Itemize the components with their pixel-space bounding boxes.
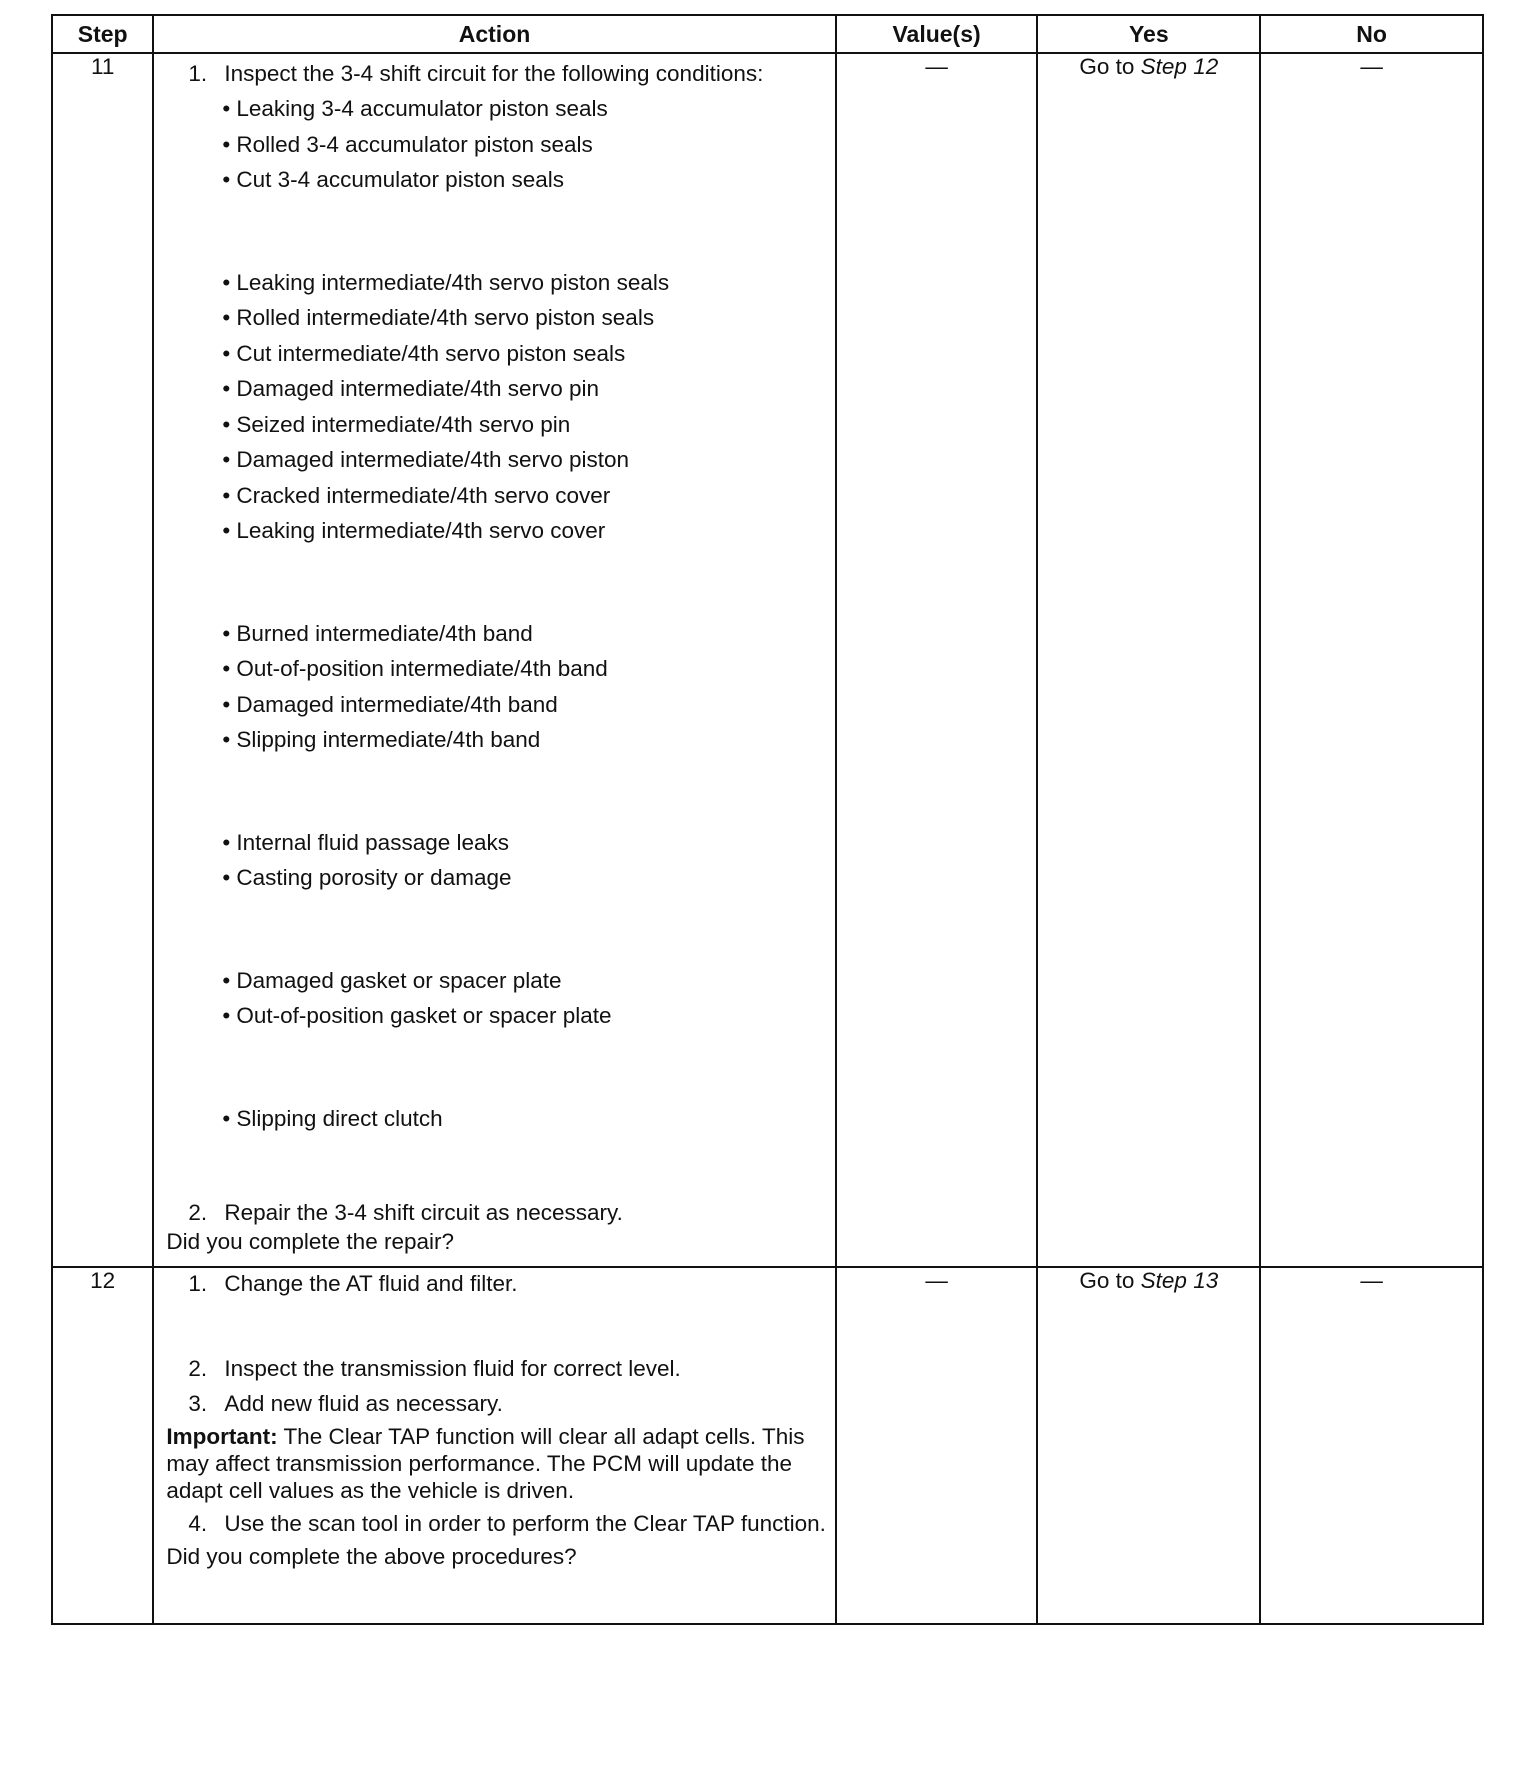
- action-item-1: 1. Inspect the 3-4 shift circuit for the…: [166, 60, 828, 87]
- list-item: Cut intermediate/4th servo piston seals: [166, 336, 828, 372]
- important-label: Important:: [166, 1424, 277, 1449]
- action-item-3: 3. Add new fluid as necessary.: [166, 1390, 828, 1417]
- no-cell: —: [1260, 1267, 1483, 1624]
- yes-cell: Go to Step 13: [1037, 1267, 1260, 1624]
- action-item-4: 4. Use the scan tool in order to perform…: [166, 1510, 828, 1537]
- list-item: Damaged gasket or spacer plate: [166, 963, 828, 999]
- action-question: Did you complete the above procedures?: [166, 1543, 828, 1570]
- yes-goto-link[interactable]: Go to Step 12: [1038, 54, 1259, 82]
- band-conditions-list: Burned intermediate/4th band Out-of-posi…: [166, 616, 828, 758]
- table-row-step-11: 11 1. Inspect the 3-4 shift circuit for …: [52, 53, 1483, 1267]
- table-row-step-12: 12 1. Change the AT fluid and filter. 2.…: [52, 1267, 1483, 1624]
- step-number: 11: [52, 53, 153, 1267]
- list-item: Cracked intermediate/4th servo cover: [166, 478, 828, 514]
- action-question: Did you complete the repair?: [166, 1228, 828, 1255]
- list-item: Seized intermediate/4th servo pin: [166, 407, 828, 443]
- list-item: Damaged intermediate/4th servo pin: [166, 371, 828, 407]
- header-yes: Yes: [1037, 15, 1260, 53]
- list-item: Cut 3-4 accumulator piston seals: [166, 162, 828, 198]
- table-header-row: Step Action Value(s) Yes No: [52, 15, 1483, 53]
- gasket-conditions-list: Damaged gasket or spacer plate Out-of-po…: [166, 963, 828, 1034]
- passage-conditions-list: Internal fluid passage leaks Casting por…: [166, 825, 828, 896]
- list-item: Burned intermediate/4th band: [166, 616, 828, 652]
- clutch-conditions-list: Slipping direct clutch: [166, 1101, 828, 1137]
- accumulator-conditions-list: Leaking 3-4 accumulator piston seals Rol…: [166, 91, 828, 198]
- header-action: Action: [153, 15, 835, 53]
- important-note: Important: The Clear TAP function will c…: [166, 1423, 828, 1504]
- step-number: 12: [52, 1267, 153, 1624]
- list-item: Casting porosity or damage: [166, 860, 828, 896]
- step-reference: Step 13: [1141, 1268, 1219, 1293]
- values-cell: —: [836, 53, 1038, 1267]
- values-dash: —: [925, 54, 948, 80]
- yes-cell: Go to Step 12: [1037, 53, 1260, 1267]
- list-item: Out-of-position gasket or spacer plate: [166, 998, 828, 1034]
- list-item: Leaking 3-4 accumulator piston seals: [166, 91, 828, 127]
- action-cell: 1. Change the AT fluid and filter. 2. In…: [153, 1267, 835, 1624]
- values-dash: —: [925, 1268, 948, 1294]
- list-item: Leaking intermediate/4th servo cover: [166, 513, 828, 549]
- list-item: Slipping direct clutch: [166, 1101, 828, 1137]
- no-dash: —: [1360, 54, 1383, 80]
- list-item: Leaking intermediate/4th servo piston se…: [166, 265, 828, 301]
- list-item: Rolled 3-4 accumulator piston seals: [166, 127, 828, 163]
- header-no: No: [1260, 15, 1483, 53]
- list-item: Out-of-position intermediate/4th band: [166, 651, 828, 687]
- list-item: Damaged intermediate/4th servo piston: [166, 442, 828, 478]
- step-reference: Step 12: [1141, 54, 1219, 79]
- header-step: Step: [52, 15, 153, 53]
- yes-goto-link[interactable]: Go to Step 13: [1038, 1268, 1259, 1296]
- action-item-2: 2. Inspect the transmission fluid for co…: [166, 1355, 828, 1382]
- list-item: Internal fluid passage leaks: [166, 825, 828, 861]
- header-values: Value(s): [836, 15, 1038, 53]
- values-cell: —: [836, 1267, 1038, 1624]
- action-cell: 1. Inspect the 3-4 shift circuit for the…: [153, 53, 835, 1267]
- list-item: Damaged intermediate/4th band: [166, 687, 828, 723]
- action-item-1: 1. Change the AT fluid and filter.: [166, 1270, 828, 1297]
- no-cell: —: [1260, 53, 1483, 1267]
- list-item: Rolled intermediate/4th servo piston sea…: [166, 300, 828, 336]
- servo-conditions-list: Leaking intermediate/4th servo piston se…: [166, 265, 828, 549]
- list-item: Slipping intermediate/4th band: [166, 722, 828, 758]
- diagnostic-procedure-table: Step Action Value(s) Yes No 11 1. Inspec…: [51, 14, 1484, 1625]
- action-item-2: 2. Repair the 3-4 shift circuit as neces…: [166, 1199, 828, 1226]
- no-dash: —: [1360, 1268, 1383, 1294]
